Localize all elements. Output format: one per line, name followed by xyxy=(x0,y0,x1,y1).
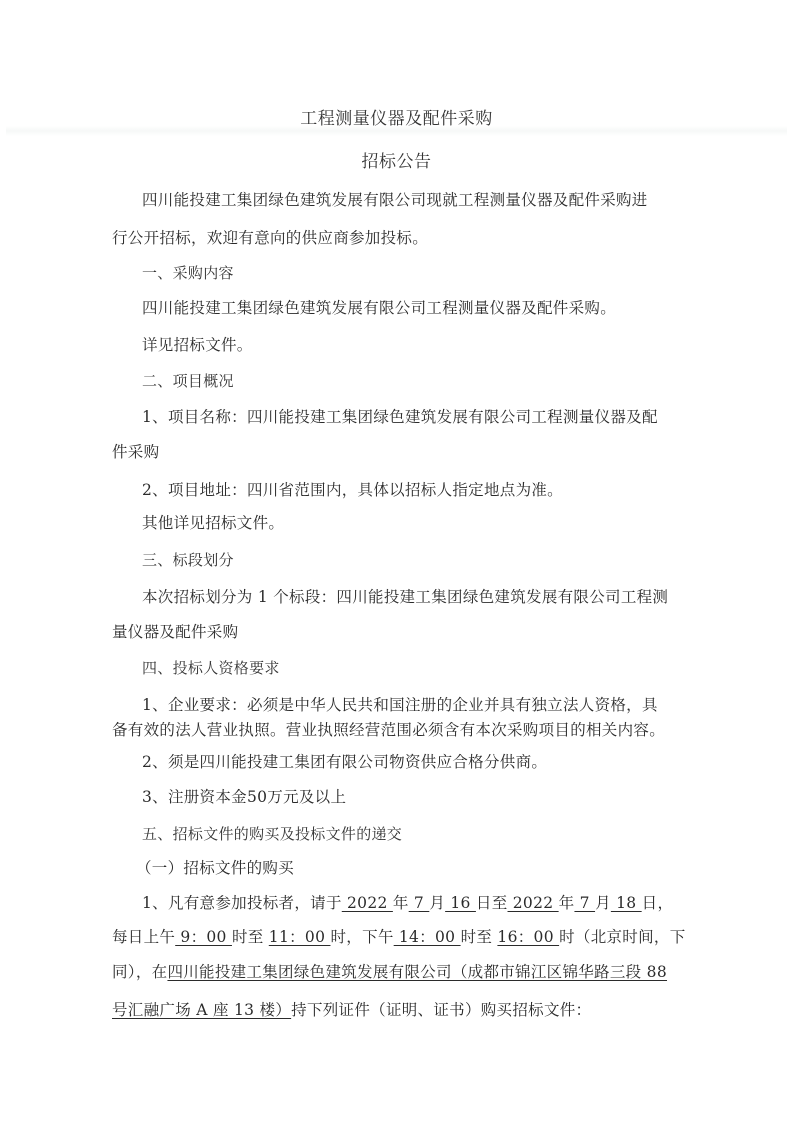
lot-division-line-1: 本次招标划分为 1 个标段：四川能投建工集团绿色建筑发展有限公司工程测 xyxy=(142,587,668,607)
purchase-location: 四川能投建工集团绿色建筑发展有限公司（成都市锦江区锦华路三段 88 xyxy=(167,963,667,981)
intro-line-2: 行公开招标，欢迎有意向的供应商参加投标。 xyxy=(112,228,428,248)
requirement-1-line-2: 备有效的法人营业执照。营业执照经营范围必须含有本次采购项目的相关内容。 xyxy=(112,720,665,740)
section-3-heading: 三、标段划分 xyxy=(142,550,234,570)
pm-label: 时，下午 xyxy=(330,928,393,946)
purchase-suffix: 持下列证件（证明、证书）购买招标文件： xyxy=(291,1001,591,1019)
purchase-prefix: 1、凡有意参加投标者，请于 xyxy=(142,894,342,912)
month-label: 月 xyxy=(429,894,445,912)
requirement-1-line-1: 1、企业要求：必须是中华人民共和国注册的企业并具有独立法人资格，具 xyxy=(142,695,658,715)
am-end-time: 11：00 xyxy=(269,928,331,946)
purchase-hours-line: 每日上午 9：00 时至 11：00 时，下午 14：00 时至 16：00 时… xyxy=(112,927,686,947)
section-1-note: 详见招标文件。 xyxy=(142,335,253,355)
project-address: 2、项目地址：四川省范围内，具体以招标人指定地点为准。 xyxy=(142,480,563,500)
pm-end-time: 16：00 xyxy=(497,928,559,946)
end-month: 7 xyxy=(574,894,595,912)
pm-start-time: 14：00 xyxy=(394,928,461,946)
to-label-2: 时至 xyxy=(461,928,498,946)
daily-prefix: 每日上午 xyxy=(112,928,175,946)
project-name-line-2: 件采购 xyxy=(112,442,159,462)
end-year: 2022 xyxy=(508,894,559,912)
purchase-dates-line: 1、凡有意参加投标者，请于 2022 年 7 月 16 日至 2022 年 7 … xyxy=(142,893,673,913)
section-4-heading: 四、投标人资格要求 xyxy=(142,658,280,678)
start-month: 7 xyxy=(409,894,430,912)
section-5-heading: 五、招标文件的购买及投标文件的递交 xyxy=(142,824,402,844)
to-label-1: 时至 xyxy=(232,928,269,946)
purchase-location-cont: 号汇融广场 A 座 13 楼） xyxy=(112,1001,291,1019)
section-2-other: 其他详见招标文件。 xyxy=(142,513,284,533)
year-label: 年 xyxy=(393,894,409,912)
document-page: 工程测量仪器及配件采购 招标公告 四川能投建工集团绿色建筑发展有限公司现就工程测… xyxy=(0,0,793,1123)
month-label: 月 xyxy=(595,894,611,912)
year-label: 年 xyxy=(559,894,575,912)
location-prefix: 同），在 xyxy=(112,963,167,981)
requirement-2: 2、须是四川能投建工集团有限公司物资供应合格分供商。 xyxy=(142,752,547,772)
purchase-location-line-2: 号汇融广场 A 座 13 楼）持下列证件（证明、证书）购买招标文件： xyxy=(112,1000,591,1020)
requirement-3: 3、注册资本金50万元及以上 xyxy=(142,787,346,807)
day-to-label: 日至 xyxy=(476,894,508,912)
purchase-location-line-1: 同），在四川能投建工集团绿色建筑发展有限公司（成都市锦江区锦华路三段 88 xyxy=(112,962,667,982)
section-1-heading: 一、采购内容 xyxy=(142,263,234,283)
lot-division-line-2: 量仪器及配件采购 xyxy=(112,622,238,642)
day-end-label: 日， xyxy=(642,894,674,912)
end-day: 18 xyxy=(611,894,642,912)
document-title: 工程测量仪器及配件采购 xyxy=(0,104,793,129)
document-subtitle: 招标公告 xyxy=(0,147,793,172)
project-name-line-1: 1、项目名称：四川能投建工集团绿色建筑发展有限公司工程测量仪器及配 xyxy=(142,407,658,427)
section-5-subheading: （一）招标文件的购买 xyxy=(136,858,294,878)
intro-line-1: 四川能投建工集团绿色建筑发展有限公司现就工程测量仪器及配件采购进 xyxy=(142,190,648,210)
section-1-paragraph: 四川能投建工集团绿色建筑发展有限公司工程测量仪器及配件采购。 xyxy=(142,298,616,318)
start-day: 16 xyxy=(445,894,476,912)
am-start-time: 9：00 xyxy=(175,928,232,946)
timezone-note: 时（北京时间，下 xyxy=(559,928,685,946)
start-year: 2022 xyxy=(342,894,393,912)
section-2-heading: 二、项目概况 xyxy=(142,371,234,391)
